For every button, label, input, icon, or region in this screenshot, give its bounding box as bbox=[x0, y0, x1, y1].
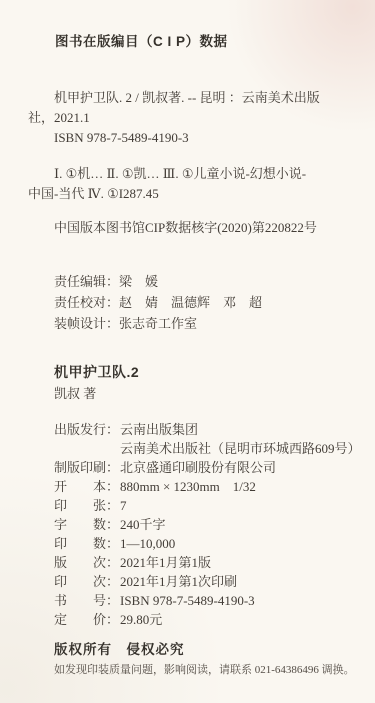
colophon-label: 印 张： bbox=[54, 496, 120, 515]
colophon-value: 北京盛通印刷股份有限公司 bbox=[120, 458, 276, 477]
colophon-value: ISBN 978-7-5489-4190-3 bbox=[120, 591, 255, 610]
colophon-value: 1—10,000 bbox=[120, 534, 175, 553]
cip-record-isbn: ISBN 978-7-5489-4190-3 bbox=[28, 128, 357, 148]
cip-header: 图书在版编目（C I P）数据 bbox=[55, 32, 357, 51]
colophon-row: 书 号：ISBN 978-7-5489-4190-3 bbox=[54, 591, 357, 610]
book-title-block: 机甲护卫队.2 凯叔 著 bbox=[28, 362, 357, 404]
book-title: 机甲护卫队.2 bbox=[54, 362, 357, 382]
colophon-value: 7 bbox=[120, 496, 127, 515]
colophon-row: 印 数：1—10,000 bbox=[54, 534, 357, 553]
colophon-label: 字 数： bbox=[54, 515, 120, 534]
cip-classification: Ⅰ. ①机… Ⅱ. ①凯… Ⅲ. ①儿童小说-幻想小说- 中国-当代 Ⅳ. ①I… bbox=[28, 164, 357, 204]
colophon-value: 2021年1月第1次印刷 bbox=[120, 572, 237, 591]
staff-value: 梁 媛 bbox=[119, 274, 158, 289]
colophon-label: 定 价： bbox=[54, 610, 120, 629]
colophon-label: 版 次： bbox=[54, 553, 120, 572]
colophon-row: 出版发行：云南出版集团 bbox=[54, 420, 357, 439]
colophon: 出版发行：云南出版集团 云南美术出版社（昆明市环城西路609号） 制版印刷：北京… bbox=[28, 420, 357, 629]
colophon-value: 880mm × 1230mm 1/32 bbox=[120, 477, 256, 496]
colophon-value: 云南美术出版社（昆明市环城西路609号） bbox=[120, 439, 357, 458]
cip-record: 机甲护卫队. 2 / 凯叔著. -- 昆明 ：云南美术出版 社，2021.1 I… bbox=[28, 88, 357, 148]
colophon-row: 版 次：2021年1月第1版 bbox=[54, 553, 357, 572]
colophon-label: 制版印刷： bbox=[54, 458, 120, 477]
cip-register-number: 中国版本图书馆CIP数据核字(2020)第220822号 bbox=[28, 218, 357, 238]
cip-record-line: 机甲护卫队. 2 / 凯叔著. -- 昆明 ：云南美术出版 bbox=[28, 88, 357, 108]
colophon-row: 制版印刷：北京盛通印刷股份有限公司 bbox=[54, 458, 357, 477]
colophon-value: 2021年1月第1版 bbox=[120, 553, 211, 572]
cip-record-line: 社，2021.1 bbox=[28, 108, 357, 128]
book-author: 凯叔 著 bbox=[54, 384, 357, 404]
copyright-page: 图书在版编目（C I P）数据 机甲护卫队. 2 / 凯叔著. -- 昆明 ：云… bbox=[0, 0, 375, 703]
staff-label: 装帧设计： bbox=[54, 316, 119, 331]
colophon-label: 出版发行： bbox=[54, 420, 120, 439]
colophon-label: 书 号： bbox=[54, 591, 120, 610]
colophon-label: 开 本： bbox=[54, 477, 120, 496]
colophon-label: 印 数： bbox=[54, 534, 120, 553]
staff-row: 责任编辑：梁 媛 bbox=[54, 271, 357, 292]
copyright-notice: 版权所有 侵权必究 bbox=[54, 641, 357, 659]
staff-value: 张志奇工作室 bbox=[119, 316, 197, 331]
colophon-row: 印 张：7 bbox=[54, 496, 357, 515]
colophon-label: 印 次： bbox=[54, 572, 120, 591]
classification-line: 中国-当代 Ⅳ. ①I287.45 bbox=[28, 184, 357, 204]
staff-value: 赵 婧 温德辉 邓 超 bbox=[119, 295, 262, 310]
colophon-row: 定 价：29.80元 bbox=[54, 610, 357, 629]
colophon-value: 240千字 bbox=[120, 515, 166, 534]
quality-contact-note: 如发现印装质量问题，影响阅读，请联系 021-64386496 调换。 bbox=[54, 662, 357, 678]
staff-label: 责任编辑： bbox=[54, 274, 119, 289]
colophon-value: 云南出版集团 bbox=[120, 420, 198, 439]
staff-row: 装帧设计：张志奇工作室 bbox=[54, 313, 357, 334]
staff-label: 责任校对： bbox=[54, 295, 119, 310]
colophon-row: 云南美术出版社（昆明市环城西路609号） bbox=[54, 439, 357, 458]
colophon-label bbox=[54, 439, 120, 458]
colophon-row: 开 本：880mm × 1230mm 1/32 bbox=[54, 477, 357, 496]
staff-row: 责任校对：赵 婧 温德辉 邓 超 bbox=[54, 292, 357, 313]
colophon-value: 29.80元 bbox=[120, 610, 162, 629]
staff-credits: 责任编辑：梁 媛 责任校对：赵 婧 温德辉 邓 超 装帧设计：张志奇工作室 bbox=[28, 271, 357, 334]
page-footer: 版权所有 侵权必究 如发现印装质量问题，影响阅读，请联系 021-6438649… bbox=[28, 641, 357, 678]
colophon-row: 印 次：2021年1月第1次印刷 bbox=[54, 572, 357, 591]
colophon-row: 字 数：240千字 bbox=[54, 515, 357, 534]
classification-line: Ⅰ. ①机… Ⅱ. ①凯… Ⅲ. ①儿童小说-幻想小说- bbox=[28, 164, 357, 184]
